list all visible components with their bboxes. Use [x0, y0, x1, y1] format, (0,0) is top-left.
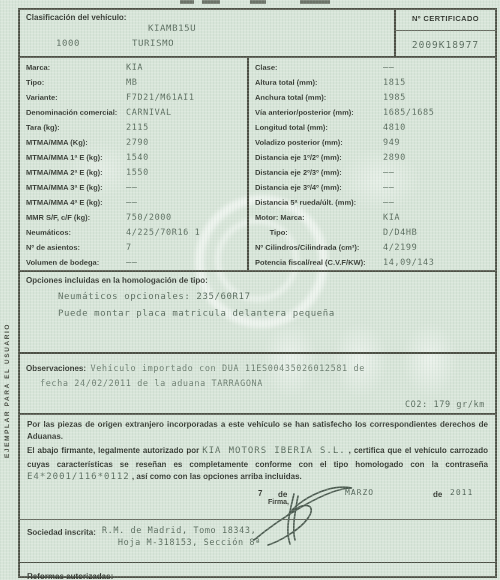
- option-line: Neumáticos opcionales: 235/60R17: [58, 292, 489, 302]
- registry-line: Hoja M-318153, Sección 8ª: [118, 537, 261, 549]
- field-row: Distancia eje 1º/2º (mm):2890: [255, 150, 495, 165]
- observations-text: Vehículo importado con DUA 11ES004350260…: [90, 364, 364, 374]
- field-value: 4/225/70R16 1: [126, 228, 200, 238]
- field-label: Tipo:: [26, 78, 126, 87]
- field-value: 1540: [126, 153, 149, 163]
- field-label: Distancia eje 2º/3º (mm):: [255, 168, 383, 177]
- field-label: Nº de asientos:: [26, 243, 126, 252]
- field-label: MTMA/MMA (Kg):: [26, 138, 126, 147]
- registry-lines: R.M. de Madrid, Tomo 18343, Hoja M-31815…: [102, 525, 261, 562]
- type-approval-password: E4*2001/116*0112: [27, 472, 130, 482]
- field-row: Longitud total (mm):4810: [255, 120, 495, 135]
- cut-off-row-remnant: [180, 0, 380, 4]
- field-value: ——: [383, 198, 394, 208]
- field-row: MTMA/MMA 3ª E (kg):——: [26, 180, 247, 195]
- field-label: Altura total (mm):: [255, 78, 383, 87]
- field-label: MTMA/MMA 2ª E (kg):: [26, 168, 126, 177]
- field-value: KIA: [126, 63, 143, 73]
- options-section: Opciones incluidas en la homologación de…: [20, 272, 495, 354]
- observations-line: Observaciones: Vehículo importado con DU…: [26, 358, 489, 376]
- observations-label: Observaciones:: [26, 364, 86, 373]
- field-value: ——: [126, 183, 137, 193]
- field-value: D/D4HB: [383, 228, 417, 238]
- specs-left-column: Marca:KIATipo:MBVariante:F7D21/M61AI1Den…: [20, 58, 249, 270]
- field-row: MTMA/MMA 2ª E (kg):1550: [26, 165, 247, 180]
- field-label: Distancia eje 1º/2º (mm):: [255, 153, 383, 162]
- field-value: 949: [383, 138, 400, 148]
- options-title: Opciones incluidas en la homologación de…: [26, 276, 489, 285]
- field-row: Tipo:MB: [26, 75, 247, 90]
- field-label: Vía anterior/posterior (mm):: [255, 108, 383, 117]
- field-value: ——: [126, 258, 137, 268]
- field-label: Potencia fiscal/real (C.V.F/KW):: [255, 258, 383, 267]
- option-line: Puede montar placa matricula delantera p…: [58, 309, 489, 319]
- field-value: ——: [383, 168, 394, 178]
- registry-line: R.M. de Madrid, Tomo 18343,: [102, 525, 261, 537]
- classification-number: 1000: [56, 39, 80, 49]
- reforms-label: Reformas autorizadas:: [27, 572, 113, 580]
- field-value: 1550: [126, 168, 149, 178]
- field-row: Tipo:D/D4HB: [255, 225, 495, 240]
- field-value: 1685/1685: [383, 108, 434, 118]
- field-label: Clase:: [255, 63, 383, 72]
- field-value: F7D21/M61AI1: [126, 93, 195, 103]
- co2-value: CO2: 179 gr/km: [405, 400, 485, 410]
- field-label: Variante:: [26, 93, 126, 102]
- field-row: Volumen de bodega:——: [26, 255, 247, 270]
- field-value: KIA: [383, 213, 400, 223]
- certificate-label: Nº CERTIFICADO: [396, 10, 495, 31]
- field-row: Vía anterior/posterior (mm):1685/1685: [255, 105, 495, 120]
- vehicle-homologation-certificate: EJEMPLAR PARA EL USUARIO Clasificación d…: [0, 0, 500, 580]
- authorized-company: KIA MOTORS IBERIA S.L.: [202, 446, 345, 456]
- field-row: Anchura total (mm):1985: [255, 90, 495, 105]
- specs-table: Marca:KIATipo:MBVariante:F7D21/M61AI1Den…: [20, 58, 495, 272]
- field-row: Denominación comercial:CARNIVAL: [26, 105, 247, 120]
- field-row: MTMA/MMA 1ª E (kg):1540: [26, 150, 247, 165]
- field-row: MTMA/MMA 4ª E (kg):——: [26, 195, 247, 210]
- field-row: Variante:F7D21/M61AI1: [26, 90, 247, 105]
- field-label: Denominación comercial:: [26, 108, 126, 117]
- field-label: Distancia eje 3º/4º (mm):: [255, 183, 383, 192]
- field-label: Voladizo posterior (mm):: [255, 138, 383, 147]
- field-row: MMR S/F, c/F (kg):750/2000: [26, 210, 247, 225]
- field-label: Longitud total (mm):: [255, 123, 383, 132]
- field-label: Neumáticos:: [26, 228, 126, 237]
- field-value: 4/2199: [383, 243, 417, 253]
- observations-text: fecha 24/02/2011 de la aduana TARRAGONA: [40, 379, 489, 389]
- classification-name: TURISMO: [132, 39, 174, 49]
- field-value: CARNIVAL: [126, 108, 172, 118]
- field-row: Potencia fiscal/real (C.V.F/KW):14,09/14…: [255, 255, 495, 270]
- field-row: Distancia 5ª rueda/últ. (mm):——: [255, 195, 495, 210]
- date-word: de: [433, 490, 442, 499]
- reforms-section: Reformas autorizadas:: [20, 563, 495, 580]
- signature: [248, 478, 363, 548]
- field-label: MTMA/MMA 1ª E (kg):: [26, 153, 126, 162]
- field-value: 2790: [126, 138, 149, 148]
- field-label: Anchura total (mm):: [255, 93, 383, 102]
- customs-paragraph: Por las piezas de origen extranjero inco…: [27, 419, 488, 443]
- field-value: 7: [126, 243, 132, 253]
- side-edge-text: EJEMPLAR PARA EL USUARIO: [4, 193, 11, 458]
- classification-section: Clasificación del vehículo: KIAMB15U 100…: [20, 10, 396, 56]
- field-label: MTMA/MMA 4ª E (kg):: [26, 198, 126, 207]
- certificate-section: Nº CERTIFICADO 2009K18977: [396, 10, 495, 56]
- field-value: 1815: [383, 78, 406, 88]
- field-row: Distancia eje 2º/3º (mm):——: [255, 165, 495, 180]
- field-row: MTMA/MMA (Kg):2790: [26, 135, 247, 150]
- header-row: Clasificación del vehículo: KIAMB15U 100…: [20, 10, 495, 58]
- signature-year: 2011: [450, 488, 473, 497]
- field-value: 4810: [383, 123, 406, 133]
- field-row: Neumáticos:4/225/70R16 1: [26, 225, 247, 240]
- registry-label: Sociedad inscrita:: [27, 525, 96, 562]
- field-label: Distancia 5ª rueda/últ. (mm):: [255, 198, 383, 207]
- certify-text: El abajo firmante, legalmente autorizado…: [27, 446, 202, 455]
- field-label: Tipo:: [255, 228, 383, 237]
- vehicle-type-code: KIAMB15U: [148, 24, 196, 34]
- field-row: Marca:KIA: [26, 60, 247, 75]
- field-row: Altura total (mm):1815: [255, 75, 495, 90]
- field-label: Nº Cilindros/Cilindrada (cm³):: [255, 243, 383, 252]
- field-value: 750/2000: [126, 213, 172, 223]
- field-row: Motor: Marca:KIA: [255, 210, 495, 225]
- field-label: Tara (kg):: [26, 123, 126, 132]
- observations-section: Observaciones: Vehículo importado con DU…: [20, 354, 495, 415]
- field-value: ——: [126, 198, 137, 208]
- certificate-number: 2009K18977: [396, 31, 495, 51]
- field-row: Nº Cilindros/Cilindrada (cm³):4/2199: [255, 240, 495, 255]
- field-label: MMR S/F, c/F (kg):: [26, 213, 126, 222]
- field-label: Motor: Marca:: [255, 213, 383, 222]
- field-value: ——: [383, 183, 394, 193]
- field-row: Clase:——: [255, 60, 495, 75]
- field-value: 2890: [383, 153, 406, 163]
- field-value: 14,09/143: [383, 258, 434, 268]
- field-row: Distancia eje 3º/4º (mm):——: [255, 180, 495, 195]
- field-value: MB: [126, 78, 137, 88]
- field-value: 1985: [383, 93, 406, 103]
- field-row: Voladizo posterior (mm):949: [255, 135, 495, 150]
- field-row: Nº de asientos:7: [26, 240, 247, 255]
- classification-label: Clasificación del vehículo:: [26, 13, 126, 22]
- field-label: MTMA/MMA 3ª E (kg):: [26, 183, 126, 192]
- field-label: Marca:: [26, 63, 126, 72]
- field-value: ——: [383, 63, 394, 73]
- field-label: Volumen de bodega:: [26, 258, 126, 267]
- field-row: Tara (kg):2115: [26, 120, 247, 135]
- specs-right-column: Clase:——Altura total (mm):1815Anchura to…: [249, 58, 495, 270]
- field-value: 2115: [126, 123, 149, 133]
